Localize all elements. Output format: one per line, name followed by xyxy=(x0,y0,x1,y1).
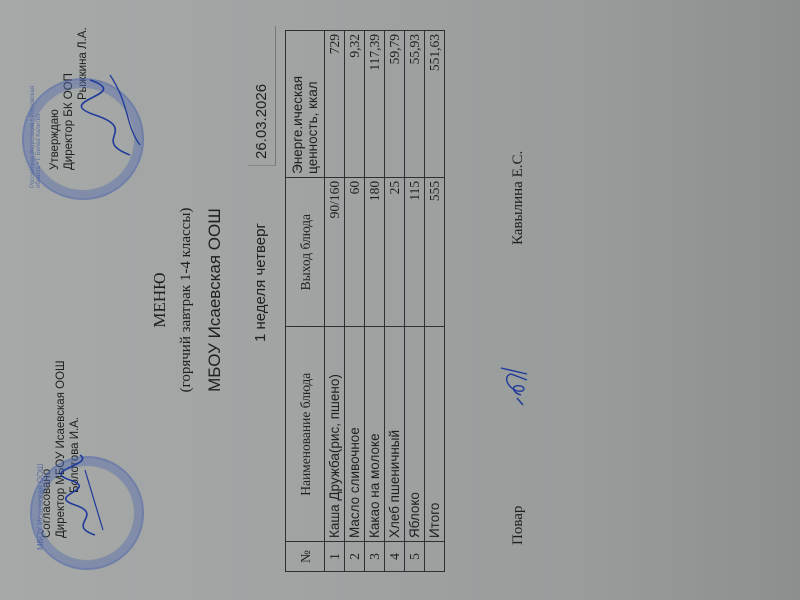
row-number: 2 xyxy=(345,542,365,572)
row-kcal: 59,79 xyxy=(385,31,405,178)
menu-document-page: Согласовано Директор МБОУ Исаевская ООШ … xyxy=(0,0,800,600)
approved-signature xyxy=(70,70,150,160)
cook-name: Кавылина Е.С. xyxy=(510,151,527,245)
school-name: МБОУ Исаевская ООШ xyxy=(205,208,225,392)
row-number: 1 xyxy=(325,542,345,572)
table-header-row: № Наименование блюда Выход блюда Энерге.… xyxy=(286,31,325,572)
total-label: Итого xyxy=(425,327,445,542)
menu-date: 26.03.2026 xyxy=(248,26,276,166)
row-dish: Каша Дружба(рис, пшено) xyxy=(325,327,345,542)
menu-table: № Наименование блюда Выход блюда Энерге.… xyxy=(285,30,445,572)
table-row: 3 Какао на молоке 180 117,39 xyxy=(365,31,385,572)
table-row: 1 Каша Дружба(рис, пшено) 90/160 729 xyxy=(325,31,345,572)
header-dish-name: Наименование блюда xyxy=(286,327,325,542)
total-kcal: 551,63 xyxy=(425,31,445,178)
row-number: 3 xyxy=(365,542,385,572)
table-row: 2 Масло сливочное 60 9,32 xyxy=(345,31,365,572)
table-row: 4 Хлеб пшеничный 25 59,79 xyxy=(385,31,405,572)
total-number xyxy=(425,542,445,572)
row-number: 5 xyxy=(405,542,425,572)
row-portion: 25 xyxy=(385,177,405,327)
table-row: 5 Яблоко 115 55,93 xyxy=(405,31,425,572)
document-subtitle: (горячий завтрак 1-4 классы) xyxy=(178,208,195,393)
cook-signature xyxy=(493,350,533,410)
row-dish: Какао на молоке xyxy=(365,327,385,542)
row-kcal: 9,32 xyxy=(345,31,365,178)
approved-stamp-text: Российская Федерация • Ростовская област… xyxy=(30,80,42,188)
row-kcal: 117,39 xyxy=(365,31,385,178)
row-kcal: 55,93 xyxy=(405,31,425,178)
row-portion: 90/160 xyxy=(325,177,345,327)
row-kcal: 729 xyxy=(325,31,345,178)
header-energy: Энерге.ическая ценность, ккал xyxy=(286,31,325,178)
row-portion: 115 xyxy=(405,177,425,327)
header-portion: Выход блюда xyxy=(286,177,325,327)
row-portion: 60 xyxy=(345,177,365,327)
cook-label: Повар xyxy=(510,506,527,545)
table-total-row: Итого 555 551,63 xyxy=(425,31,445,572)
row-dish: Масло сливочное xyxy=(345,327,365,542)
total-portion: 555 xyxy=(425,177,445,327)
row-portion: 180 xyxy=(365,177,385,327)
row-dish: Яблоко xyxy=(405,327,425,542)
week-day: 1 неделя четверг xyxy=(252,223,269,342)
header-number: № xyxy=(286,542,325,572)
row-dish: Хлеб пшеничный xyxy=(385,327,405,542)
row-number: 4 xyxy=(385,542,405,572)
agreed-signature xyxy=(55,450,115,540)
document-title: МЕНЮ xyxy=(150,272,170,327)
agreed-stamp-text: МБОУ Исаевская ООШ xyxy=(36,464,45,550)
